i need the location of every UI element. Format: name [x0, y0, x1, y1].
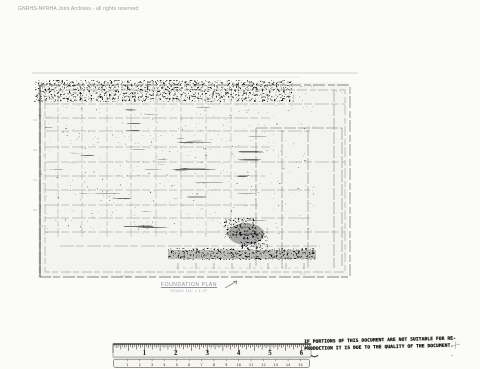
ruler-inch-number: 2 — [174, 349, 178, 357]
plan-scale-label: SCALE 1/4" = 1'-0" — [145, 289, 233, 293]
plan-title: FOUNDATION PLAN — [145, 282, 233, 288]
ruler-cm-number: 2 — [139, 362, 141, 367]
ruler-inch-number: 4 — [237, 349, 241, 357]
ruler-cm-number: 13 — [273, 362, 278, 367]
ruler-cm-number: 5 — [176, 362, 178, 367]
ruler-cm-numbers: 123456789101112131415 — [126, 362, 303, 367]
ruler-inch-number: 1 — [143, 349, 147, 357]
ruler-inch-number: 5 — [268, 349, 272, 357]
scanned-document-page: GNRHS-NPRHA Joint Archives - all rights … — [0, 0, 480, 369]
ruler-inch-number: 3 — [205, 349, 209, 357]
ruler-cm-number: 3 — [151, 362, 153, 367]
ruler-cm-number: 15 — [298, 362, 303, 367]
photo-ruler: 123456 123456789101112131415 — [104, 342, 316, 369]
ruler-cm-number: 12 — [261, 362, 266, 367]
ruler-inch-number: 6 — [300, 349, 304, 357]
ruler-cm-number: 10 — [236, 362, 241, 367]
ruler-cm-number: 11 — [249, 362, 254, 367]
ruler-cm-strip — [114, 359, 310, 367]
ruler-cm-number: 7 — [200, 362, 202, 367]
ruler-cm-number: 14 — [286, 362, 291, 367]
floor-plan-drawing — [0, 0, 480, 369]
